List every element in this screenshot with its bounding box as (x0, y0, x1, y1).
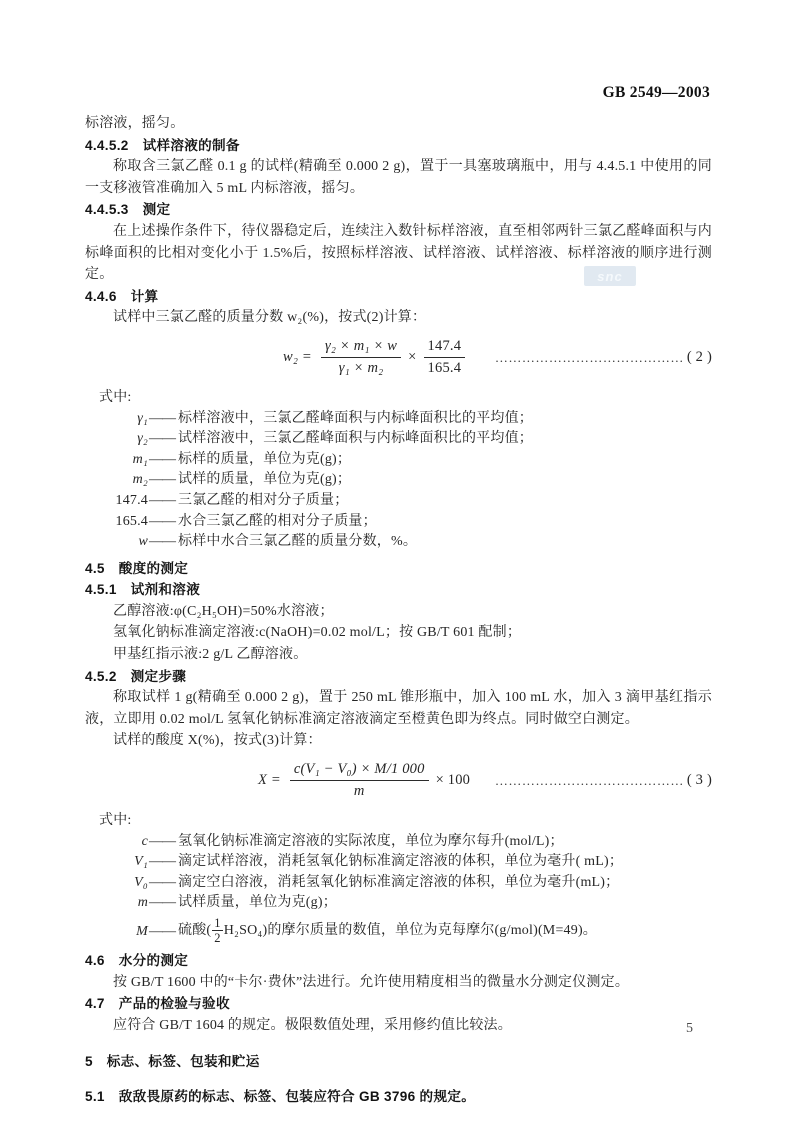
variable-definition: 标样中水合三氯乙醛的质量分数，%。 (178, 532, 712, 553)
definition-pre: 硫酸( (178, 923, 211, 938)
formula-3-numerator: c(V₁ − V₀) × M/1 000 (290, 760, 429, 781)
variable-term: m (85, 893, 148, 914)
paragraph-4-4-6-intro: 试样中三氯乙醛的质量分数 w₂(%)，按式(2)计算： (85, 307, 712, 329)
em-dash: —— (149, 532, 175, 553)
heading-5: 5 标志、标签、包装和贮运 (85, 1051, 712, 1073)
variable-definition: 水合三氯乙醛的相对分子质量； (178, 512, 712, 533)
formula-3-denominator: m (290, 781, 429, 801)
em-dash: —— (149, 409, 175, 430)
paragraph-4-7: 应符合 GB/T 1604 的规定。极限数值处理，采用修约值比较法。 (85, 1015, 712, 1037)
variable-row-v0: V₀ —— 滴定空白溶液，消耗氢氧化钠标准滴定溶液的体积，单位为毫升(mL)； (85, 873, 712, 894)
em-dash: —— (149, 922, 175, 941)
formula-2-numerator-2: 147.4 (424, 337, 466, 358)
formula-2-denominator-2: 165.4 (424, 358, 466, 378)
paragraph-4-5-2: 称取试样 1 g(精确至 0.000 2 g)，置于 250 mL 锥形瓶中，加… (85, 687, 712, 730)
variable-definition: 氢氧化钠标准滴定溶液的实际浓度，单位为摩尔每升(mol/L)； (178, 832, 712, 853)
em-dash: —— (149, 852, 175, 873)
em-dash: —— (149, 832, 175, 853)
variable-definition: 滴定试样溶液，消耗氢氧化钠标准滴定溶液的体积，单位为毫升( mL)； (178, 852, 712, 873)
paragraph-4-4-5-3: 在上述操作条件下，待仪器稳定后，连续注入数针标样溶液，直至相邻两针三氯乙醛峰面积… (85, 221, 712, 286)
em-dash: —— (149, 893, 175, 914)
formula-2-denominator-1: γ₁ × m₂ (321, 358, 401, 378)
variable-term: γ₁ (85, 409, 148, 430)
fraction-numerator: 1 (212, 917, 222, 931)
formula-2-numerator-1: γ₂ × m₁ × w (321, 337, 401, 358)
formula-2-times: × (408, 347, 416, 369)
variable-row-w: w —— 标样中水合三氯乙醛的质量分数，%。 (85, 532, 712, 553)
em-dash: —— (149, 470, 175, 491)
variable-definition: 试样质量，单位为克(g)； (178, 893, 712, 914)
standard-number-header: GB 2549—2003 (0, 84, 710, 102)
formula-3-dot-leader: …………………………………… (486, 770, 684, 792)
variable-term: M (85, 922, 148, 941)
em-dash: —— (149, 450, 175, 471)
heading-4-4-5-3: 4.4.5.3 测定 (85, 199, 712, 221)
variable-term: c (85, 832, 148, 853)
em-dash: —— (149, 873, 175, 894)
continued-paragraph: 标溶液，摇匀。 (85, 113, 712, 135)
heading-5-1: 5.1 敌敌畏原药的标志、标签、包装应符合 GB 3796 的规定。 (85, 1086, 712, 1108)
heading-4-5: 4.5 酸度的测定 (85, 558, 712, 580)
reagent-naoh: 氢氧化钠标准滴定溶液:c(NaOH)=0.02 mol/L；按 GB/T 601… (85, 622, 712, 644)
variable-row-c: c —— 氢氧化钠标准滴定溶液的实际浓度，单位为摩尔每升(mol/L)； (85, 832, 712, 853)
variable-row-gamma2: γ₂ —— 试样溶液中，三氯乙醛峰面积与内标峰面积比的平均值； (85, 429, 712, 450)
variable-row-147-4: 147.4 —— 三氯乙醛的相对分子质量； (85, 491, 712, 512)
one-half-fraction: 12 (212, 917, 222, 945)
reagent-ethanol: 乙醇溶液:φ(C₂H₅OH)=50%水溶液； (85, 601, 712, 623)
variable-row-gamma1: γ₁ —— 标样溶液中，三氯乙醛峰面积与内标峰面积比的平均值； (85, 409, 712, 430)
variable-term: 147.4 (85, 491, 148, 512)
variable-row-v1: V₁ —— 滴定试样溶液，消耗氢氧化钠标准滴定溶液的体积，单位为毫升( mL)； (85, 852, 712, 873)
formula-2-dot-leader: …………………………………… (484, 347, 684, 369)
variable-term: V₁ (85, 852, 148, 873)
formula-3-number: ( 3 ) (684, 770, 712, 792)
variable-definition: 标样溶液中，三氯乙醛峰面积与内标峰面积比的平均值； (178, 409, 712, 430)
variable-row-m1: m₁ —— 标样的质量，单位为克(g)； (85, 450, 712, 471)
em-dash: —— (149, 491, 175, 512)
fraction-denominator: 2 (212, 931, 222, 945)
formula-2-fraction-1: γ₂ × m₁ × w γ₁ × m₂ (321, 337, 401, 378)
variable-row-165-4: 165.4 —— 水合三氯乙醛的相对分子质量； (85, 512, 712, 533)
paragraph-4-6: 按 GB/T 1600 中的“卡尔·费休”法进行。允许使用精度相当的微量水分测定… (85, 972, 712, 994)
paragraph-4-4-5-2: 称取含三氯乙醛 0.1 g 的试样(精确至 0.000 2 g)，置于一具塞玻璃… (85, 156, 712, 199)
formula-2-lhs: w₂ = (283, 347, 312, 369)
heading-4-4-6: 4.4.6 计算 (85, 286, 712, 308)
variable-term: m₂ (85, 470, 148, 491)
variable-definition: 三氯乙醛的相对分子质量； (178, 491, 712, 512)
heading-4-5-1: 4.5.1 试剂和溶液 (85, 579, 712, 601)
variable-term: w (85, 532, 148, 553)
formula-2: w₂ = γ₂ × m₁ × w γ₁ × m₂ × 147.4 165.4 …… (85, 337, 712, 378)
formula-2-number: ( 2 ) (684, 347, 712, 369)
variable-definition: 滴定空白溶液，消耗氢氧化钠标准滴定溶液的体积，单位为毫升(mL)； (178, 873, 712, 894)
reagent-methyl-red: 甲基红指示液:2 g/L 乙醇溶液。 (85, 644, 712, 666)
variable-row-M: M —— 硫酸(12H₂SO₄)的摩尔质量的数值，单位为克每摩尔(g/mol)(… (85, 917, 712, 945)
em-dash: —— (149, 429, 175, 450)
variable-definition: 试样的质量，单位为克(g)； (178, 470, 712, 491)
heading-4-4-5-2: 4.4.5.2 试样溶液的制备 (85, 135, 712, 157)
variable-row-m: m —— 试样质量，单位为克(g)； (85, 893, 712, 914)
where-label-formula-3: 式中: (85, 810, 712, 832)
document-page: GB 2549—2003 snc 标溶液，摇匀。 4.4.5.2 试样溶液的制备… (0, 0, 794, 1123)
formula-3-lhs: X = (258, 770, 281, 792)
variable-term: 165.4 (85, 512, 148, 533)
formula-3-times: × 100 (436, 770, 471, 792)
page-content: 标溶液，摇匀。 4.4.5.2 试样溶液的制备 称取含三氯乙醛 0.1 g 的试… (85, 113, 712, 1108)
formula-3: X = c(V₁ − V₀) × M/1 000 m × 100 …………………… (85, 760, 712, 801)
heading-4-6: 4.6 水分的测定 (85, 950, 712, 972)
variable-row-m2: m₂ —— 试样的质量，单位为克(g)； (85, 470, 712, 491)
page-number: 5 (686, 1021, 693, 1037)
where-label-formula-2: 式中: (85, 387, 712, 409)
em-dash: —— (149, 512, 175, 533)
formula-3-variable-list: c —— 氢氧化钠标准滴定溶液的实际浓度，单位为摩尔每升(mol/L)； V₁ … (85, 832, 712, 945)
heading-4-5-2: 4.5.2 测定步骤 (85, 666, 712, 688)
variable-definition: 试样溶液中，三氯乙醛峰面积与内标峰面积比的平均值； (178, 429, 712, 450)
variable-definition: 硫酸(12H₂SO₄)的摩尔质量的数值，单位为克每摩尔(g/mol)(M=49)… (178, 917, 712, 945)
variable-term: V₀ (85, 873, 148, 894)
heading-4-7: 4.7 产品的检验与验收 (85, 993, 712, 1015)
variable-definition: 标样的质量，单位为克(g)； (178, 450, 712, 471)
variable-term: γ₂ (85, 429, 148, 450)
paragraph-4-5-2-intro: 试样的酸度 X(%)，按式(3)计算： (85, 730, 712, 752)
formula-3-fraction: c(V₁ − V₀) × M/1 000 m (290, 760, 429, 801)
definition-post: H₂SO₄)的摩尔质量的数值，单位为克每摩尔(g/mol)(M=49)。 (224, 923, 597, 938)
formula-2-variable-list: γ₁ —— 标样溶液中，三氯乙醛峰面积与内标峰面积比的平均值； γ₂ —— 试样… (85, 409, 712, 553)
formula-2-fraction-2: 147.4 165.4 (424, 337, 466, 378)
variable-term: m₁ (85, 450, 148, 471)
